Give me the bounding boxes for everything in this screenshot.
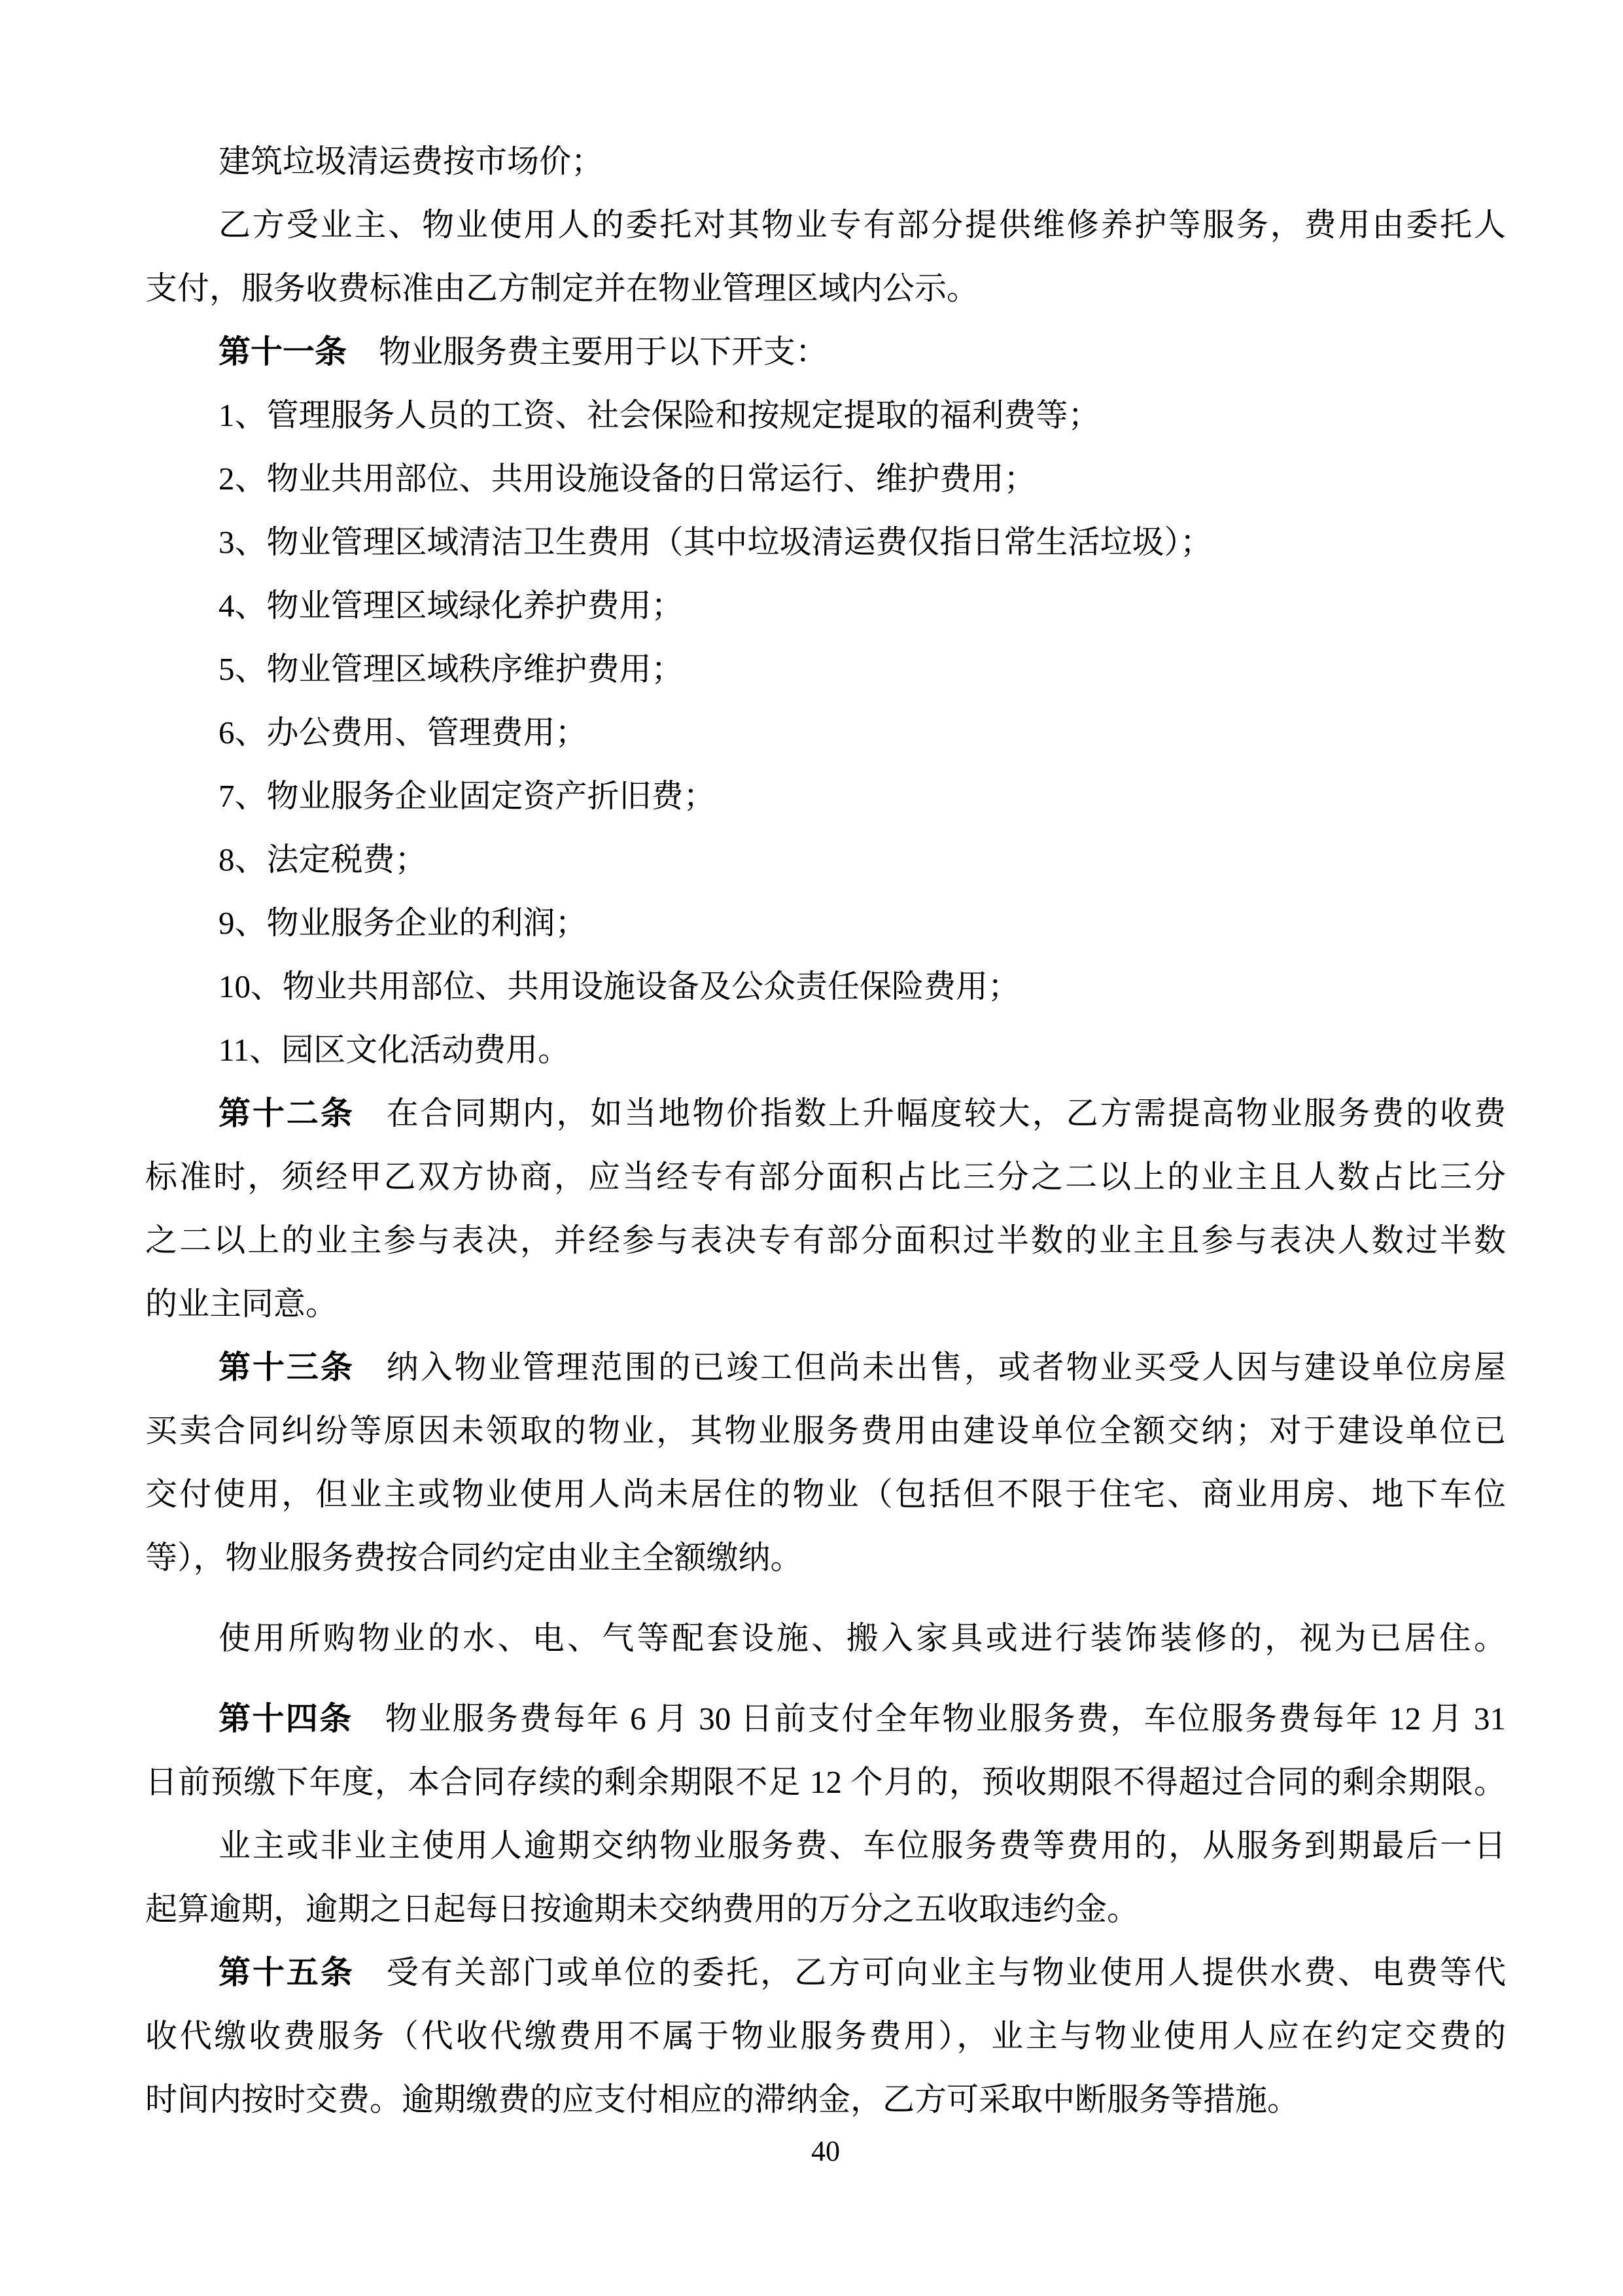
clause-number: 第十二条 <box>218 1095 355 1131</box>
clause-text: 在合同期内，如当地物价指数上升幅度较大，乙方需提高物业服务费的收费 <box>387 1095 1506 1131</box>
clause-number: 第十四条 <box>218 1701 353 1737</box>
clause-number: 第十一条 <box>218 334 347 370</box>
text-line: 交付使用，但业主或物业使用人尚未居住的物业（包括但不限于住宅、商业用房、地下车位 <box>145 1462 1506 1526</box>
text-line: 起算逾期，逾期之日起每日按逾期未交纳费用的万分之五收取违约金。 <box>145 1877 1506 1941</box>
text-line: 6、办公费用、管理费用； <box>145 701 1506 764</box>
text-line: 使用所购物业的水、电、气等配套设施、搬入家具或进行装饰装修的，视为已居住。 <box>145 1606 1506 1670</box>
clause-line: 第十三条纳入物业管理范围的已竣工但尚未出售，或者物业买受人因与建设单位房屋 <box>145 1335 1506 1399</box>
text-line: 乙方受业主、物业使用人的委托对其物业专有部分提供维修养护等服务，费用由委托人 <box>145 193 1506 256</box>
text-line: 的业主同意。 <box>145 1272 1506 1335</box>
text-line: 8、法定税费； <box>145 828 1506 891</box>
text-line: 时间内按时交费。逾期缴费的应支付相应的滞纳金，乙方可采取中断服务等措施。 <box>145 2068 1506 2131</box>
clause-text: 纳入物业管理范围的已竣工但尚未出售，或者物业买受人因与建设单位房屋 <box>387 1349 1506 1385</box>
text-line: 9、物业服务企业的利润； <box>145 891 1506 955</box>
text-line: 日前预缴下年度，本合同存续的剩余期限不足 12 个月的，预收期限不得超过合同的剩… <box>145 1750 1506 1814</box>
clause-number: 第十五条 <box>218 1954 355 1990</box>
clause-text: 受有关部门或单位的委托，乙方可向业主与物业使用人提供水费、电费等代 <box>387 1954 1506 1990</box>
text-line: 标准时，须经甲乙双方协商，应当经专有部分面积占比三分之二以上的业主且人数占比三分 <box>145 1145 1506 1209</box>
clause-line: 第十四条物业服务费每年 6 月 30 日前支付全年物业服务费，车位服务费每年 1… <box>145 1687 1506 1750</box>
text-line: 7、物业服务企业固定资产折旧费； <box>145 764 1506 828</box>
text-line: 3、物业管理区域清洁卫生费用（其中垃圾清运费仅指日常生活垃圾）； <box>145 510 1506 574</box>
document-page: 建筑垃圾清运费按市场价；乙方受业主、物业使用人的委托对其物业专有部分提供维修养护… <box>0 0 1623 2296</box>
contract-text-block: 建筑垃圾清运费按市场价；乙方受业主、物业使用人的委托对其物业专有部分提供维修养护… <box>145 130 1506 2131</box>
text-line: 1、管理服务人员的工资、社会保险和按规定提取的福利费等； <box>145 383 1506 447</box>
clause-line: 第十二条在合同期内，如当地物价指数上升幅度较大，乙方需提高物业服务费的收费 <box>145 1082 1506 1145</box>
text-line: 11、园区文化活动费用。 <box>145 1018 1506 1082</box>
clause-number: 第十三条 <box>218 1349 355 1385</box>
text-line: 建筑垃圾清运费按市场价； <box>145 130 1506 193</box>
text-line: 4、物业管理区域绿化养护费用； <box>145 574 1506 637</box>
text-line: 等），物业服务费按合同约定由业主全额缴纳。 <box>145 1526 1506 1589</box>
text-line: 买卖合同纠纷等原因未领取的物业，其物业服务费用由建设单位全额交纳；对于建设单位已 <box>145 1399 1506 1462</box>
clause-text: 物业服务费主要用于以下开支： <box>379 334 828 370</box>
clause-line: 第十五条受有关部门或单位的委托，乙方可向业主与物业使用人提供水费、电费等代 <box>145 1941 1506 2004</box>
text-line: 10、物业共用部位、共用设施设备及公众责任保险费用； <box>145 955 1506 1018</box>
text-line: 收代缴收费服务（代收代缴费用不属于物业服务费用），业主与物业使用人应在约定交费的 <box>145 2004 1506 2068</box>
text-line: 5、物业管理区域秩序维护费用； <box>145 637 1506 701</box>
clause-line: 第十一条物业服务费主要用于以下开支： <box>145 320 1506 383</box>
page-number: 40 <box>145 2136 1506 2166</box>
text-line: 支付，服务收费标准由乙方制定并在物业管理区域内公示。 <box>145 256 1506 320</box>
clause-text: 物业服务费每年 6 月 30 日前支付全年物业服务费，车位服务费每年 12 月 … <box>385 1701 1506 1737</box>
text-line: 2、物业共用部位、共用设施设备的日常运行、维护费用； <box>145 447 1506 510</box>
text-line: 业主或非业主使用人逾期交纳物业服务费、车位服务费等费用的，从服务到期最后一日 <box>145 1814 1506 1877</box>
text-line: 之二以上的业主参与表决，并经参与表决专有部分面积过半数的业主且参与表决人数过半数 <box>145 1209 1506 1272</box>
